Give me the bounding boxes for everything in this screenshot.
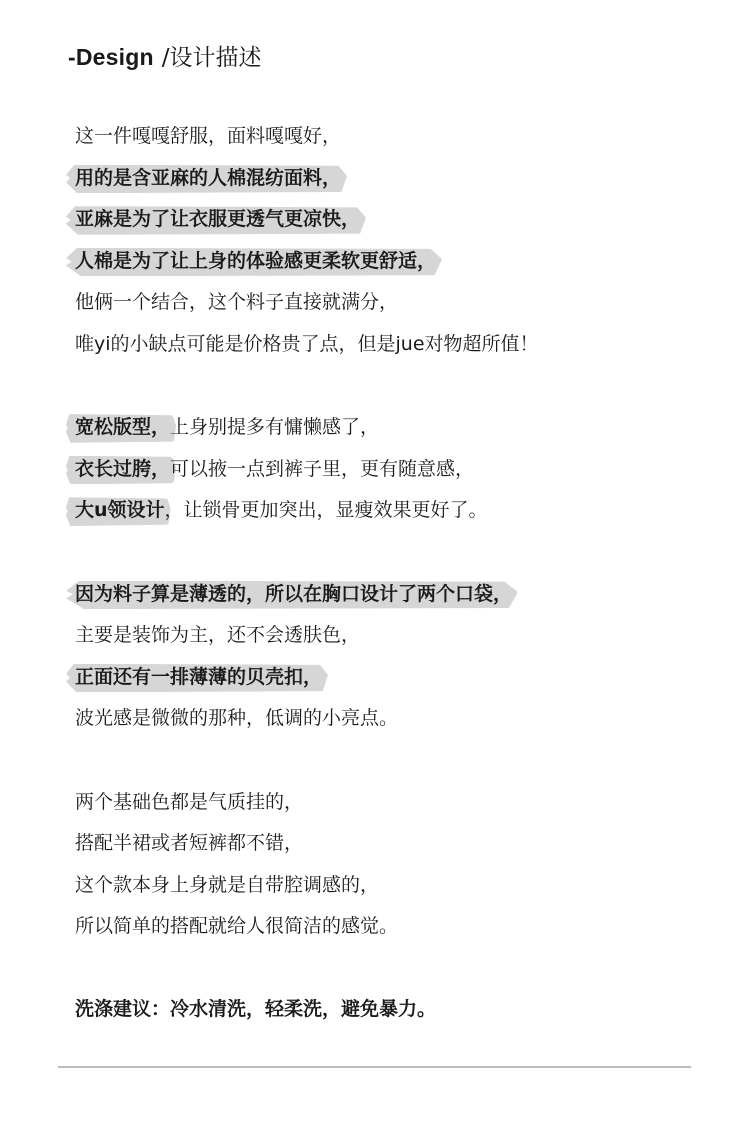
paragraph-gap <box>75 532 715 574</box>
heading-english: -Design <box>68 44 154 70</box>
text-line: 主要是装饰为主，还不会透肤色， <box>75 615 715 657</box>
text-line: 两个基础色都是气质挂的， <box>75 782 715 824</box>
text-line-highlighted: 因为料子算是薄透的，所以在胸口设计了两个口袋， <box>75 574 715 616</box>
paragraph-gap <box>75 366 715 408</box>
highlighted-segment: 亚麻是为了让衣服更透气更凉快， <box>75 199 360 241</box>
paragraph-gap <box>75 948 715 990</box>
text-segment: 搭配半裙或者短裤都不错， <box>75 823 303 865</box>
highlighted-segment: 大u领设计 <box>75 490 165 532</box>
text-segment: 可以掖一点到裤子里，更有随意感， <box>170 449 474 491</box>
text-line-highlighted: 正面还有一排薄薄的贝壳扣， <box>75 657 715 699</box>
highlighted-segment: 正面还有一排薄薄的贝壳扣， <box>75 657 322 699</box>
text-segment: 所以简单的搭配就给人很简洁的感觉。 <box>75 906 398 948</box>
text-line: 衣长过胯，可以掖一点到裤子里，更有随意感， <box>75 449 715 491</box>
text-line: 搭配半裙或者短裤都不错， <box>75 823 715 865</box>
bottom-divider <box>58 1066 691 1068</box>
care-instructions-text: 洗涤建议：冷水清洗，轻柔洗，避免暴力。 <box>75 989 436 1031</box>
text-segment: 主要是装饰为主，还不会透肤色， <box>75 615 360 657</box>
highlighted-segment: 因为料子算是薄透的，所以在胸口设计了两个口袋， <box>75 574 512 616</box>
text-line: 大u领设计，让锁骨更加突出，显瘦效果更好了。 <box>75 490 715 532</box>
text-line-highlighted: 亚麻是为了让衣服更透气更凉快， <box>75 199 715 241</box>
highlighted-segment: 用的是含亚麻的人棉混纺面料， <box>75 158 341 200</box>
text-segment: 两个基础色都是气质挂的， <box>75 782 303 824</box>
highlighted-segment: 衣长过胯， <box>75 449 170 491</box>
text-segment: 唯yi的小缺点可能是价格贵了点，但是jue对物超所值！ <box>75 324 539 366</box>
text-segment: 这个款本身上身就是自带腔调感的， <box>75 865 379 907</box>
text-segment: 波光感是微微的那种，低调的小亮点。 <box>75 698 398 740</box>
text-line: 他俩一个结合，这个料子直接就满分， <box>75 282 715 324</box>
paragraph-gap <box>75 740 715 782</box>
text-line: 所以简单的搭配就给人很简洁的感觉。 <box>75 906 715 948</box>
text-segment: 他俩一个结合，这个料子直接就满分， <box>75 282 398 324</box>
highlighted-segment: 宽松版型， <box>75 407 170 449</box>
highlighted-segment: 人棉是为了让上身的体验感更柔软更舒适， <box>75 241 436 283</box>
care-instructions: 洗涤建议：冷水清洗，轻柔洗，避免暴力。 <box>75 989 715 1031</box>
section-heading: -Design/设计描述 <box>68 42 262 73</box>
text-segment: 这一件嘎嘎舒服，面料嘎嘎好， <box>75 116 341 158</box>
text-segment: ，让锁骨更加突出，显瘦效果更好了。 <box>165 490 488 532</box>
text-line-highlighted: 用的是含亚麻的人棉混纺面料， <box>75 158 715 200</box>
text-line: 这一件嘎嘎舒服，面料嘎嘎好， <box>75 116 715 158</box>
text-line: 波光感是微微的那种，低调的小亮点。 <box>75 698 715 740</box>
text-line: 这个款本身上身就是自带腔调感的， <box>75 865 715 907</box>
text-segment: 上身别提多有慵懒感了， <box>170 407 379 449</box>
design-description: 这一件嘎嘎舒服，面料嘎嘎好， 用的是含亚麻的人棉混纺面料， 亚麻是为了让衣服更透… <box>75 116 715 1031</box>
heading-chinese: /设计描述 <box>162 45 262 71</box>
text-line: 宽松版型，上身别提多有慵懒感了， <box>75 407 715 449</box>
text-line: 唯yi的小缺点可能是价格贵了点，但是jue对物超所值！ <box>75 324 715 366</box>
text-line-highlighted: 人棉是为了让上身的体验感更柔软更舒适， <box>75 241 715 283</box>
